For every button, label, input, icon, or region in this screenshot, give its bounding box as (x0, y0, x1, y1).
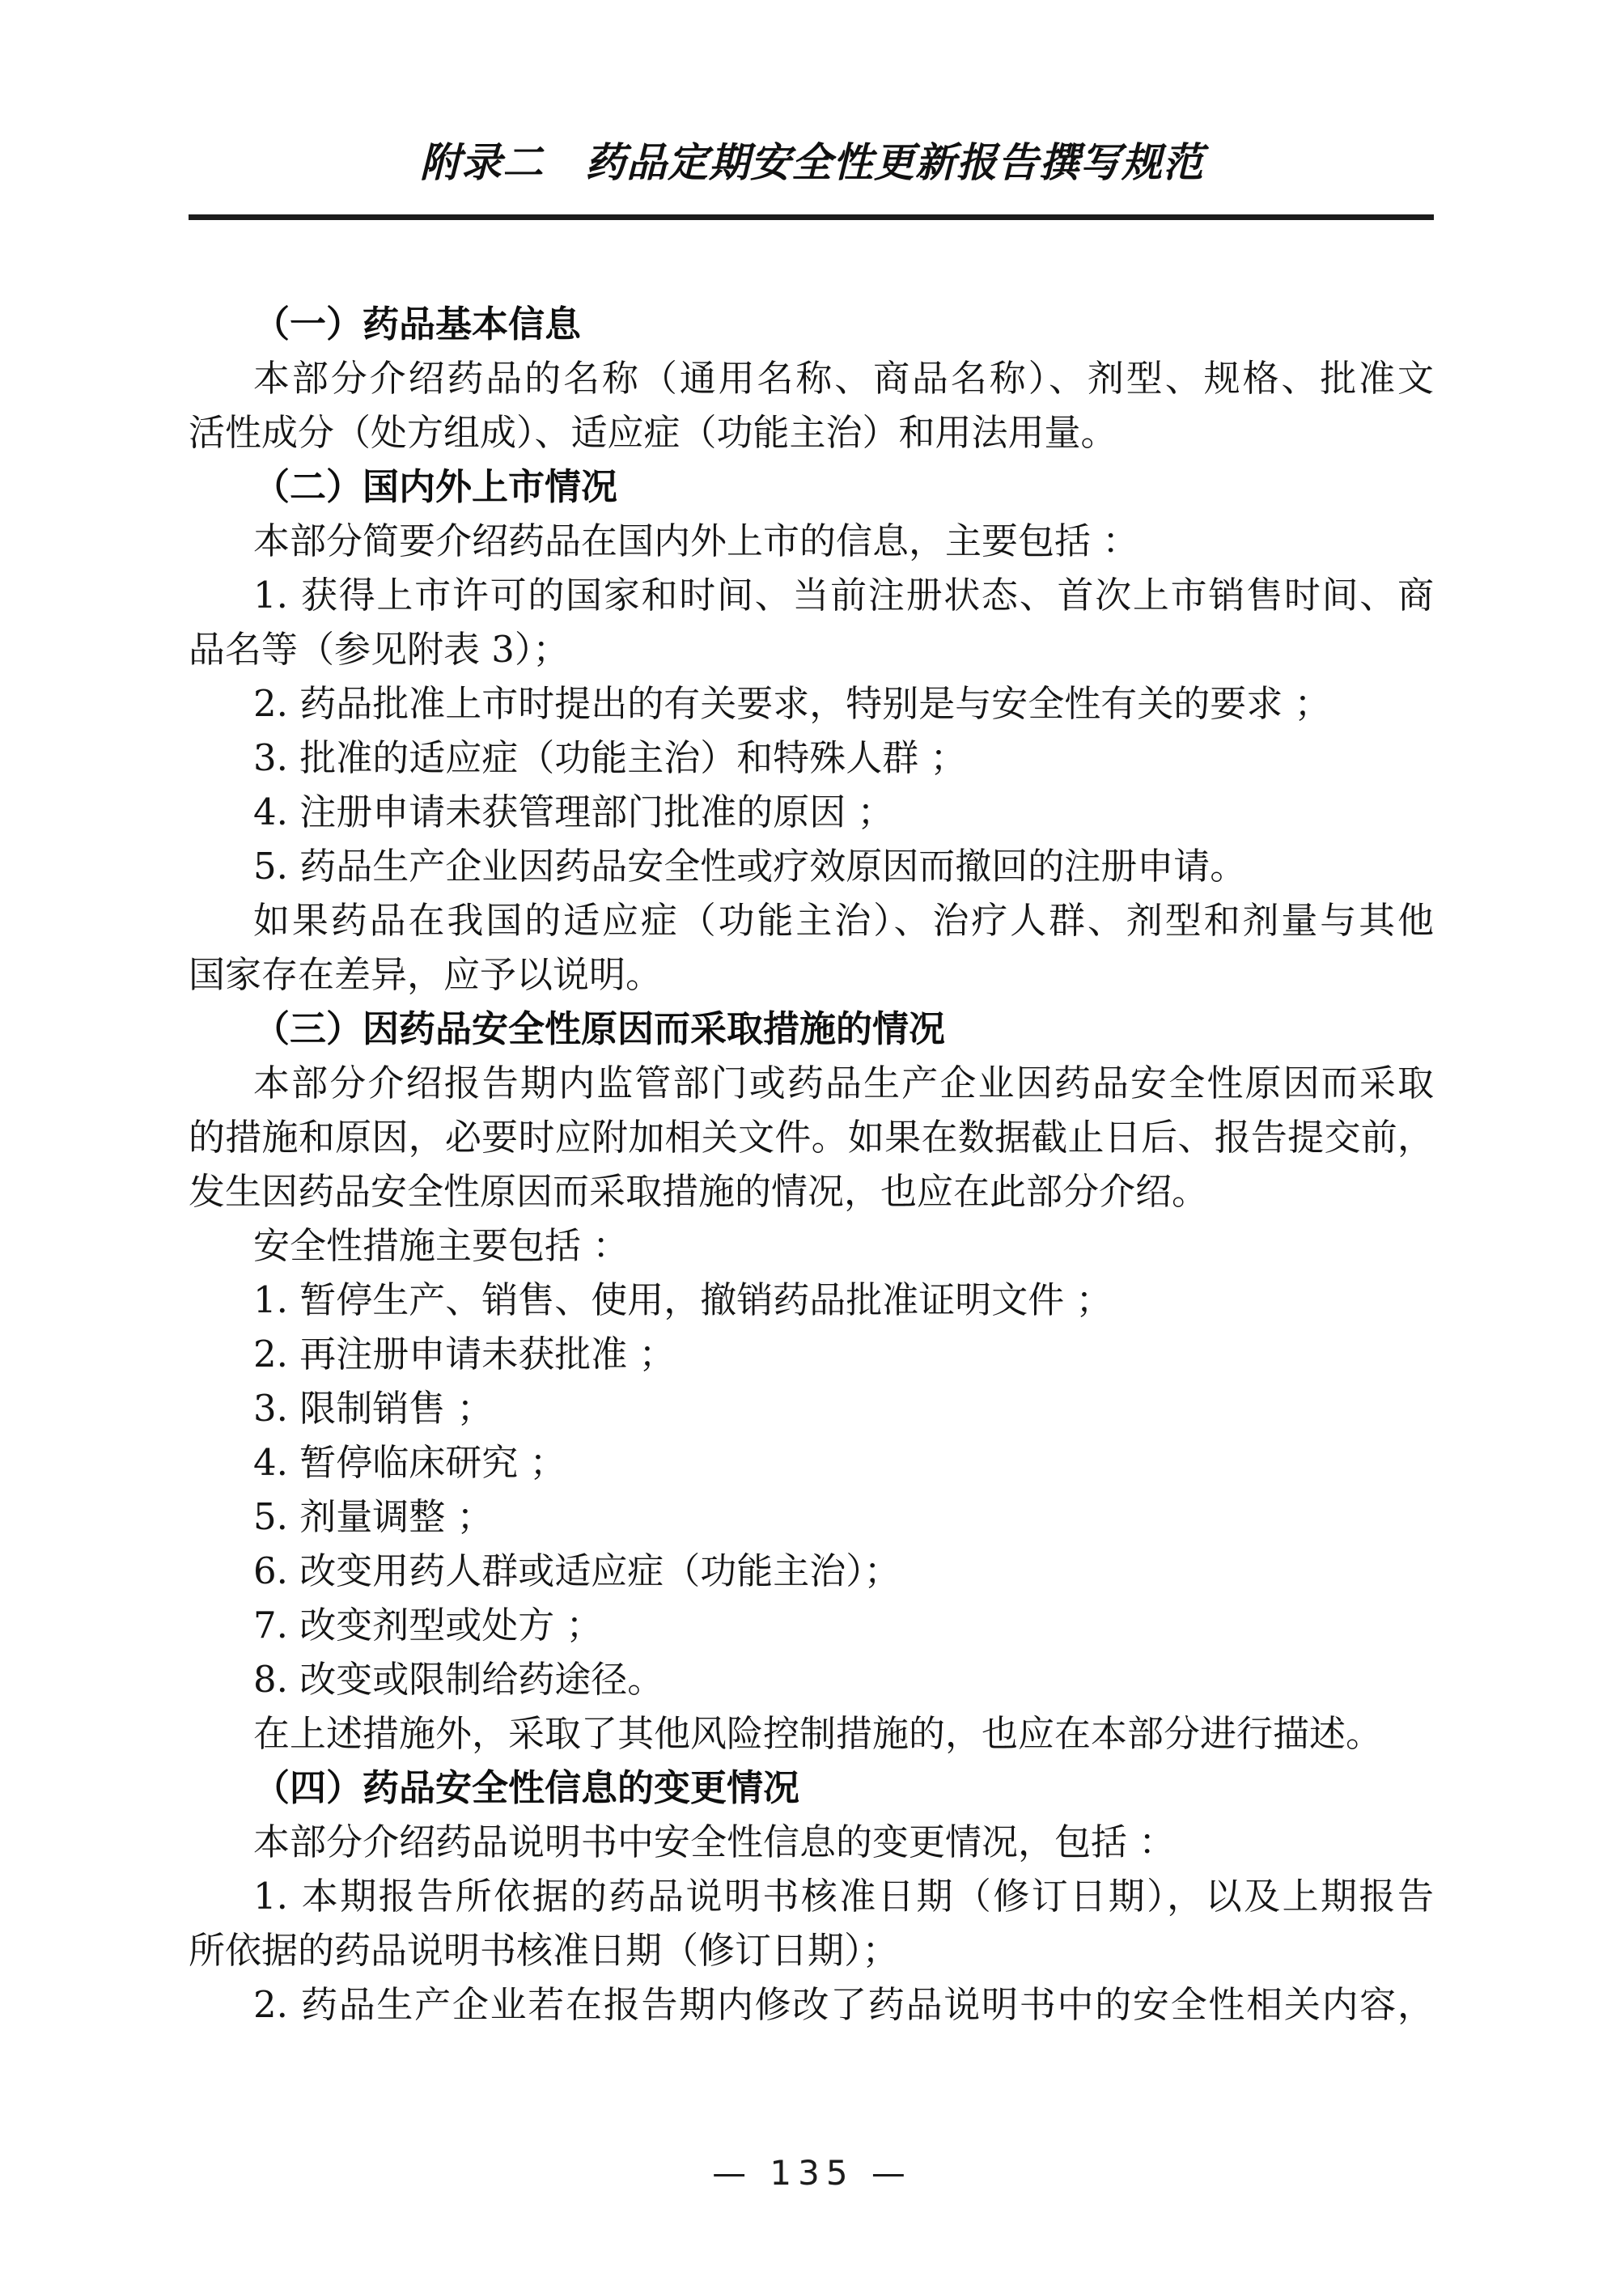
text-line: 1. 本期报告所依据的药品说明书核准日期（修订日期），以及上期报告 (189, 1869, 1434, 1923)
text-line: 1. 暂停生产、销售、使用，撤销药品批准证明文件 ； (189, 1273, 1434, 1327)
text-line: 5. 剂量调整 ； (189, 1490, 1434, 1544)
page-number: — 135 — (0, 2149, 1624, 2198)
text-line: 3. 限制销售 ； (189, 1381, 1434, 1435)
text-line: 2. 药品批准上市时提出的有关要求，特别是与安全性有关的要求 ； (189, 676, 1434, 731)
section-heading: （二）国内外上市情况 (189, 460, 1434, 514)
text-line: 6. 改变用药人群或适应症（功能主治）； (189, 1544, 1434, 1598)
text-line: 5. 药品生产企业因药品安全性或疗效原因而撤回的注册申请。 (189, 839, 1434, 893)
text-line: 7. 改变剂型或处方 ； (189, 1598, 1434, 1652)
text-line: 的措施和原因，必要时应附加相关文件。如果在数据截止日后、报告提交前， (189, 1110, 1434, 1164)
text-line: 1. 获得上市许可的国家和时间、当前注册状态、首次上市销售时间、商 (189, 568, 1434, 622)
text-line: 所依据的药品说明书核准日期（修订日期）； (189, 1923, 1434, 1977)
text-line: 发生因药品安全性原因而采取措施的情况，也应在此部分介绍。 (189, 1164, 1434, 1219)
page-title: 附录二 药品定期安全性更新报告撰写规范 (420, 136, 1204, 189)
text-line: 安全性措施主要包括 ： (189, 1219, 1434, 1273)
text-line: 如果药品在我国的适应症（功能主治）、治疗人群、剂型和剂量与其他 (189, 893, 1434, 947)
text-line: 本部分介绍药品的名称（通用名称、商品名称）、剂型、规格、批准文号、 (189, 351, 1434, 405)
text-line: 国家存在差异，应予以说明。 (189, 947, 1434, 1002)
section-heading: （一）药品基本信息 (189, 297, 1434, 351)
document-page: 附录二 药品定期安全性更新报告撰写规范 （一）药品基本信息本部分介绍药品的名称（… (0, 0, 1624, 2293)
text-line: 在上述措施外，采取了其他风险控制措施的，也应在本部分进行描述。 (189, 1706, 1434, 1761)
text-line: 活性成分（处方组成）、适应症（功能主治）和用法用量。 (189, 405, 1434, 460)
text-line: 8. 改变或限制给药途径。 (189, 1652, 1434, 1706)
text-line: 2. 再注册申请未获批准 ； (189, 1327, 1434, 1381)
text-line: 本部分介绍药品说明书中安全性信息的变更情况，包括 ： (189, 1815, 1434, 1869)
text-line: 4. 暂停临床研究 ； (189, 1435, 1434, 1490)
text-line: 4. 注册申请未获管理部门批准的原因 ； (189, 785, 1434, 839)
page-header: 附录二 药品定期安全性更新报告撰写规范 (0, 136, 1624, 189)
section-heading: （四）药品安全性信息的变更情况 (189, 1761, 1434, 1815)
text-line: 2. 药品生产企业若在报告期内修改了药品说明书中的安全性相关内容， (189, 1977, 1434, 2032)
text-line: 品名等（参见附表 3）； (189, 622, 1434, 676)
section-heading: （三）因药品安全性原因而采取措施的情况 (189, 1002, 1434, 1056)
text-line: 3. 批准的适应症（功能主治）和特殊人群 ； (189, 731, 1434, 785)
text-line: 本部分介绍报告期内监管部门或药品生产企业因药品安全性原因而采取 (189, 1056, 1434, 1110)
document-body: （一）药品基本信息本部分介绍药品的名称（通用名称、商品名称）、剂型、规格、批准文… (189, 297, 1434, 2032)
text-line: 本部分简要介绍药品在国内外上市的信息，主要包括 ： (189, 514, 1434, 568)
header-rule (189, 214, 1434, 220)
